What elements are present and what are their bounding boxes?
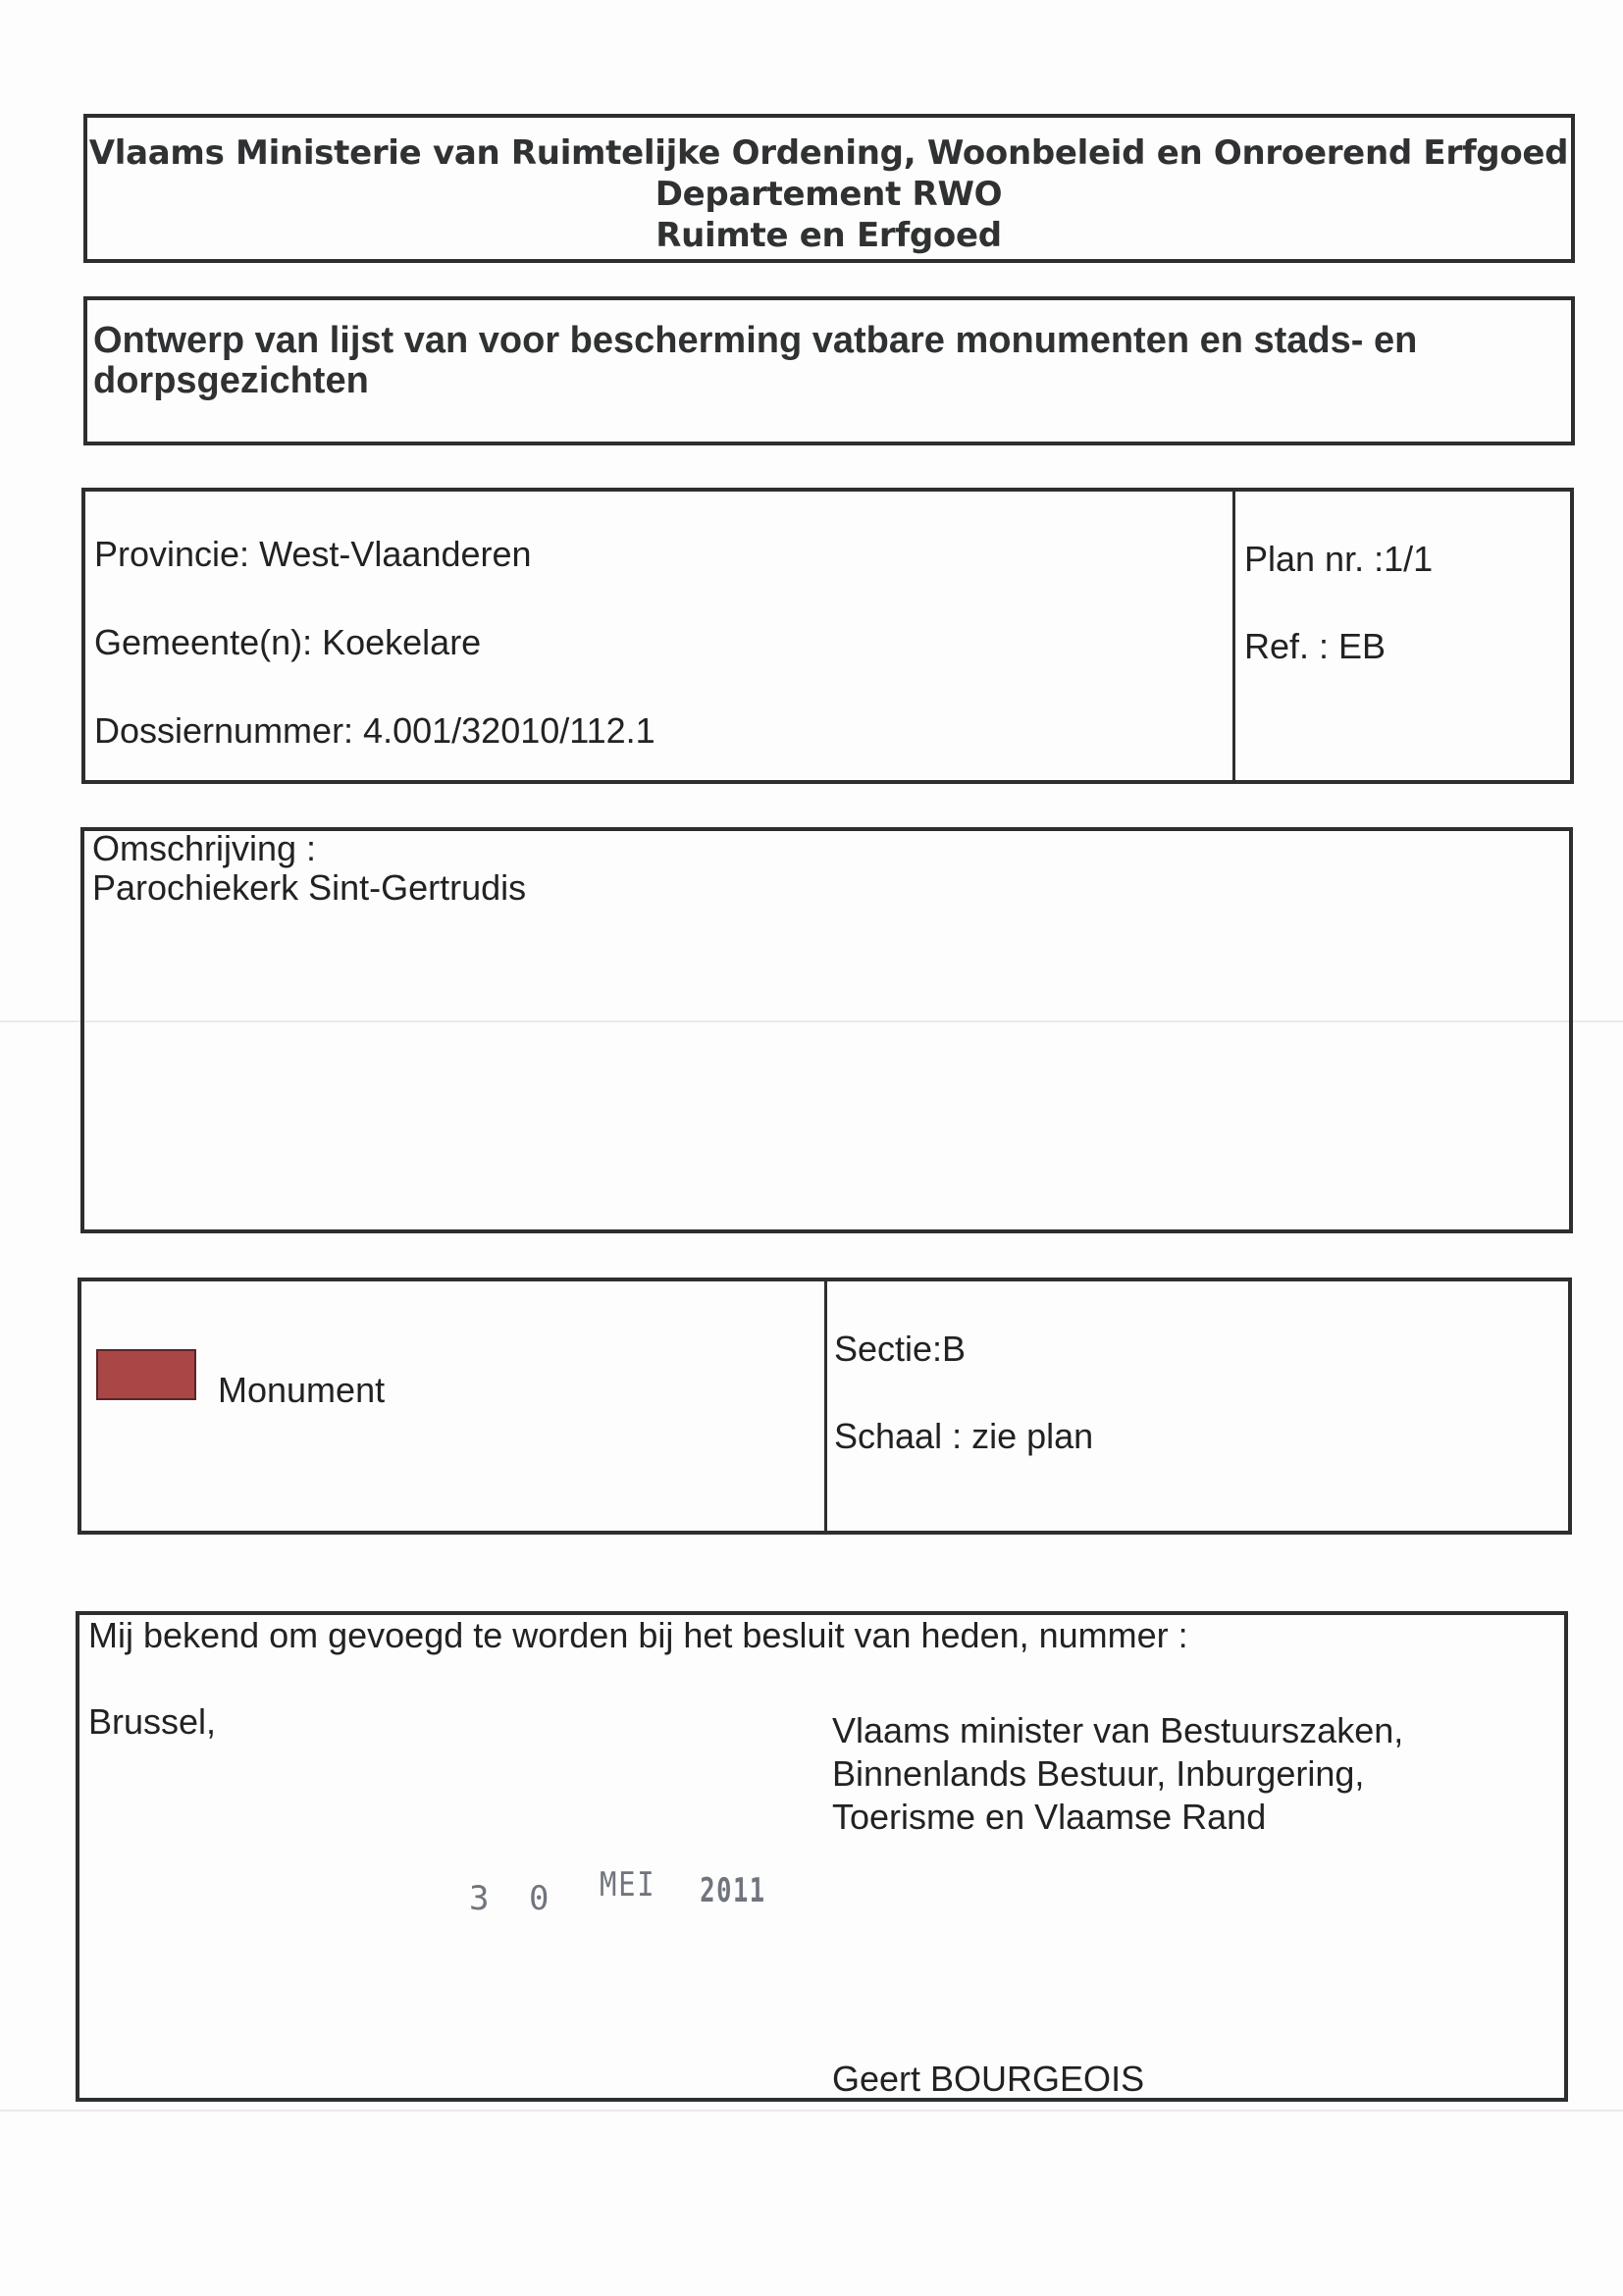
date-stamp: 3 0 MEI 2011 (469, 1869, 777, 1908)
description-value: Parochiekerk Sint-Gertrudis (92, 868, 526, 908)
stamp-month: MEI (600, 1865, 655, 1905)
reference-field: Ref. : EB (1244, 627, 1386, 666)
monument-legend-swatch (96, 1349, 196, 1400)
schaal-field: Schaal : zie plan (834, 1417, 1093, 1456)
approval-place: Brussel, (88, 1702, 216, 1742)
stamp-year: 2011 (700, 1871, 765, 1910)
legend-divider (824, 1279, 827, 1533)
minister-title-line2: Binnenlands Bestuur, Inburgering, (832, 1752, 1364, 1796)
ministry-name: Vlaams Ministerie van Ruimtelijke Ordeni… (83, 133, 1574, 173)
scan-fold-line (0, 2110, 1623, 2112)
document-page: Vlaams Ministerie van Ruimtelijke Ordeni… (0, 0, 1623, 2296)
department-name: Departement RWO (83, 175, 1574, 214)
signatory-name: Geert BOURGEOIS (832, 2060, 1144, 2099)
sectie-field: Sectie:B (834, 1330, 966, 1369)
division-name: Ruimte en Erfgoed (83, 216, 1574, 255)
stamp-day: 3 0 (469, 1879, 558, 1918)
provincie-field: Provincie: West-Vlaanderen (94, 535, 532, 574)
document-title-line1: Ontwerp van lijst van voor bescherming v… (93, 321, 1417, 361)
plan-number-field: Plan nr. :1/1 (1244, 540, 1433, 579)
gemeente-field: Gemeente(n): Koekelare (94, 623, 481, 662)
minister-title-line1: Vlaams minister van Bestuurszaken, (832, 1709, 1403, 1752)
description-label: Omschrijving : (92, 829, 316, 868)
minister-title-line3: Toerisme en Vlaamse Rand (832, 1796, 1266, 1839)
document-title-line2: dorpsgezichten (93, 361, 369, 401)
approval-statement: Mij bekend om gevoegd te worden bij het … (88, 1616, 1188, 1655)
dossiernummer-field: Dossiernummer: 4.001/32010/112.1 (94, 711, 655, 751)
approval-box (76, 1611, 1568, 2102)
location-info-divider (1232, 490, 1235, 782)
monument-legend-label: Monument (218, 1371, 385, 1410)
